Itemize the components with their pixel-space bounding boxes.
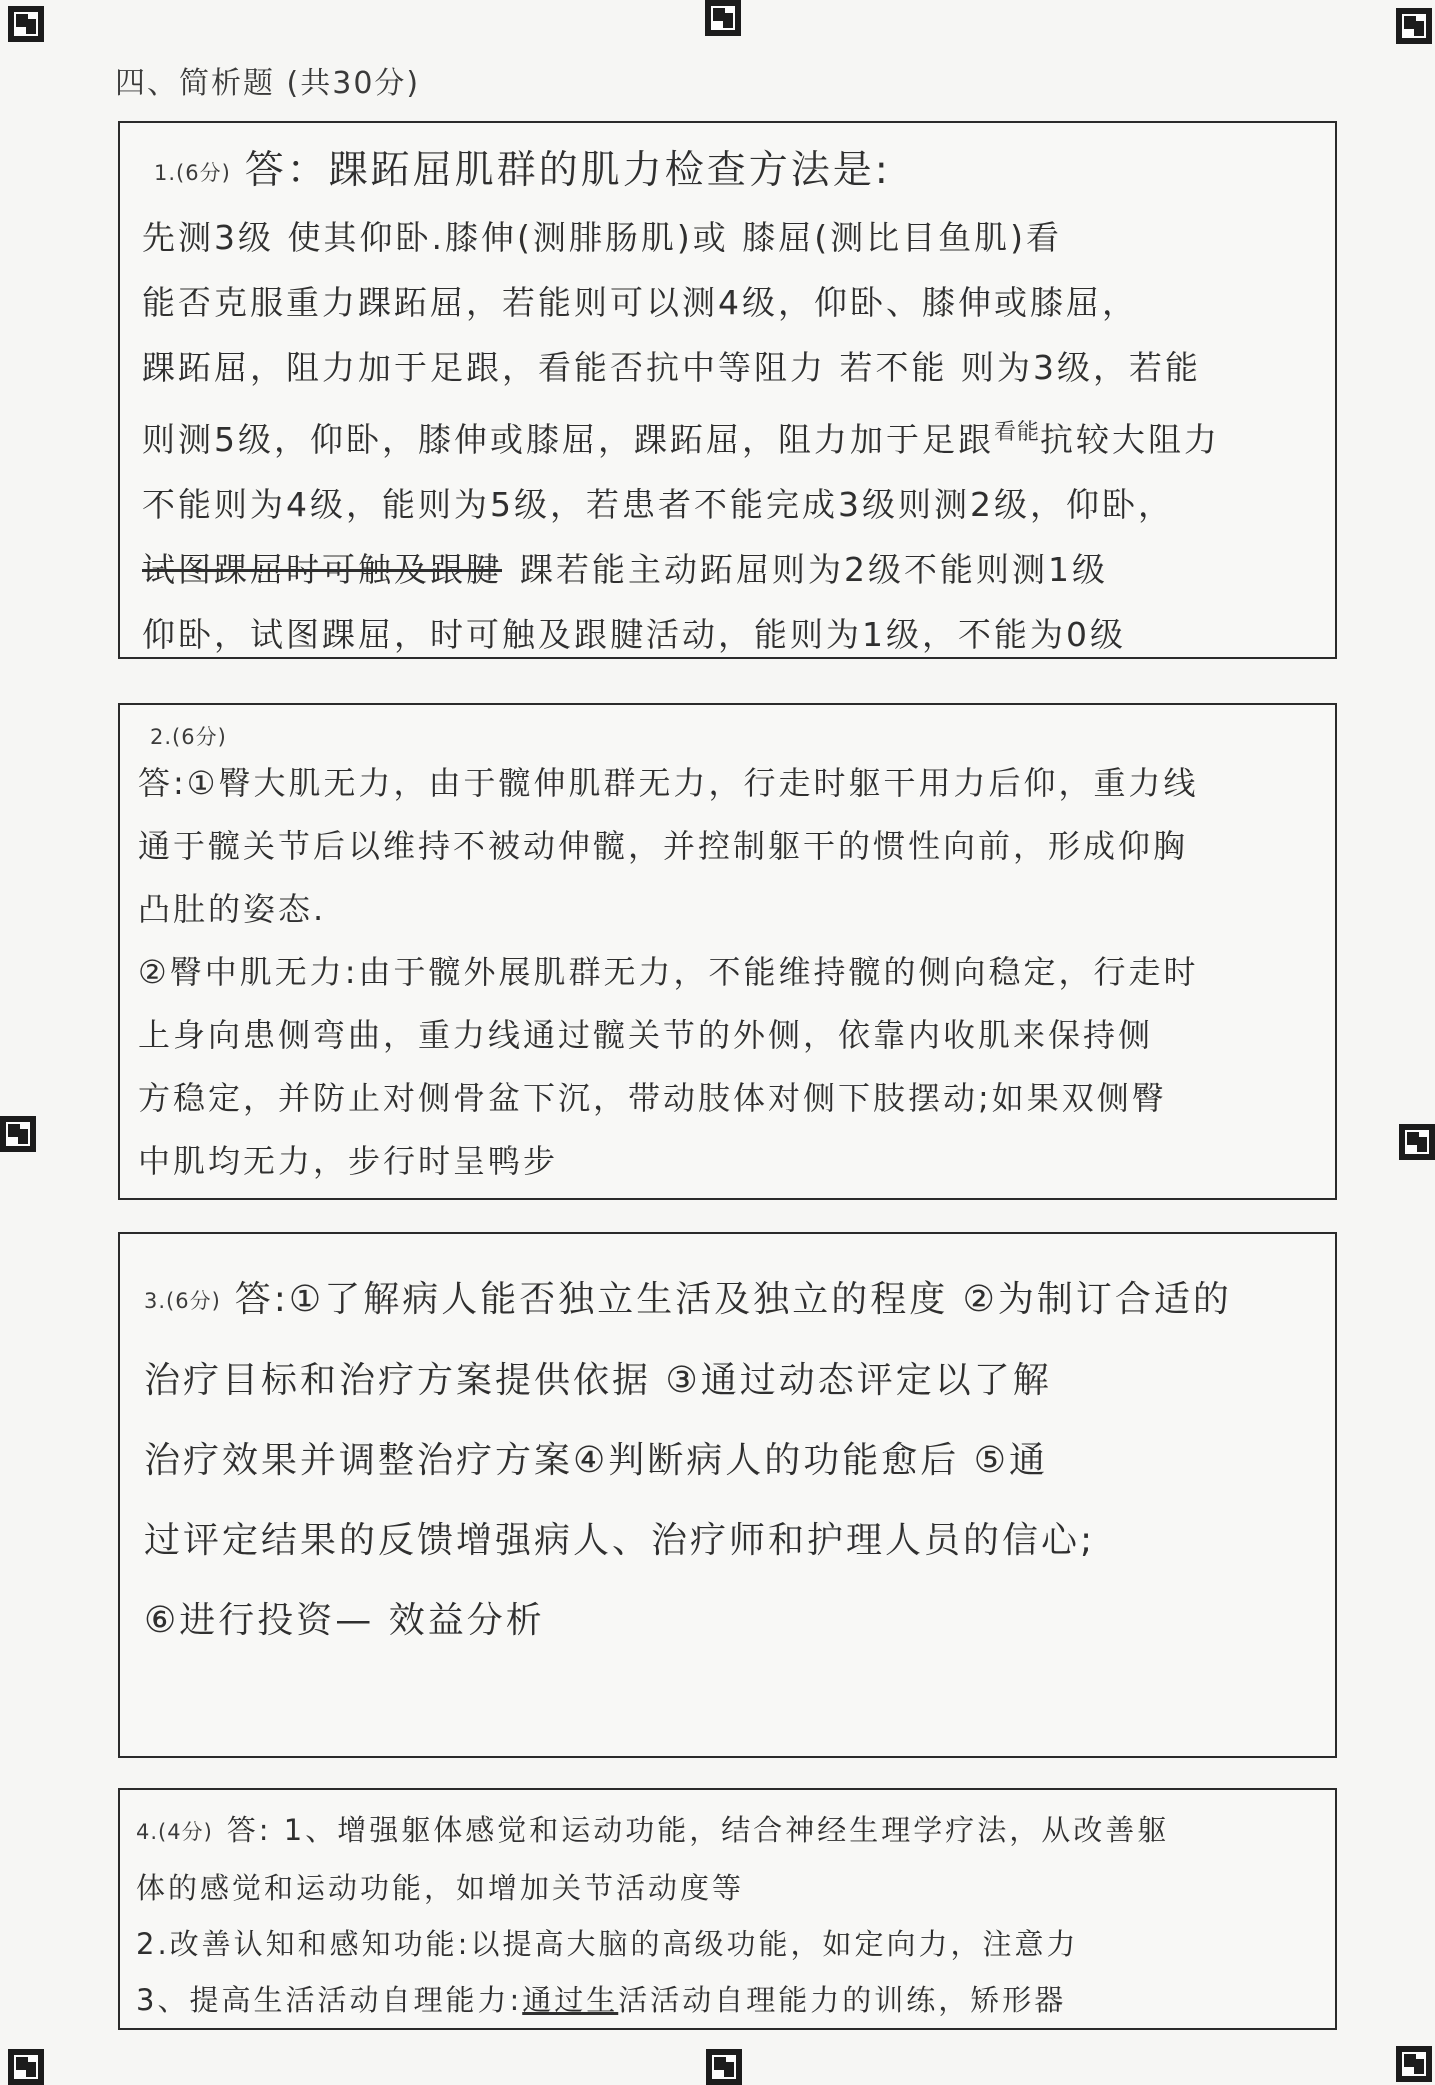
handwritten-line: 试图踝屈时可触及跟腱踝若能主动跖屈则为2级不能则测1级 bbox=[120, 537, 1335, 602]
fiducial-marker-top-left bbox=[8, 6, 44, 42]
handwritten-line: 体的感觉和运动功能，如增加关节活动度等 bbox=[120, 1860, 1335, 1916]
inserted-correction-text: 看能 bbox=[994, 420, 1040, 445]
answer-text: 答：踝跖屈肌群的肌力检查方法是: bbox=[245, 148, 891, 193]
question-label: 3.(6分) bbox=[144, 1289, 221, 1313]
handwritten-line: 答:①臀大肌无力，由于髋伸肌群无力，行走时躯干用力后仰，重力线 bbox=[120, 752, 1335, 815]
handwritten-line: 上身向患侧弯曲，重力线通过髋关节的外侧，依靠内收肌来保持侧 bbox=[120, 1004, 1335, 1067]
handwritten-line: 3.(6分)答:①了解病人能否独立生活及独立的程度 ②为制订合适的 bbox=[120, 1234, 1335, 1341]
handwritten-line: 踝跖屈，阻力加于足跟，看能否抗中等阻力 若不能 则为3级，若能 bbox=[120, 335, 1335, 400]
answer-text: 则测5级，仰卧，膝伸或膝屈，踝跖屈，阻力加于足跟 bbox=[142, 420, 994, 459]
question-label: 2.(6分) bbox=[150, 725, 227, 749]
handwritten-line: 凸肚的姿态. bbox=[120, 878, 1335, 941]
handwritten-line: 不能则为4级，能则为5级，若患者不能完成3级则测2级，仰卧， bbox=[120, 472, 1335, 537]
handwritten-line: 过评定结果的反馈增强病人、治疗师和护理人员的信心; bbox=[120, 1501, 1335, 1581]
answer-text: 答: 1、增强躯体感觉和运动功能，结合神经生理学疗法，从改善躯 bbox=[227, 1813, 1169, 1847]
fiducial-marker-bottom-left bbox=[8, 2049, 44, 2085]
handwritten-line: 3、提高生活活动自理能力:通过生活活动自理能力的训练，矫形器 bbox=[120, 1972, 1335, 2028]
answer-box-question-2: 2.(6分) 答:①臀大肌无力，由于髋伸肌群无力，行走时躯干用力后仰，重力线 通… bbox=[118, 703, 1337, 1200]
fiducial-marker-mid-left bbox=[0, 1116, 36, 1152]
handwritten-line: 仰卧，试图踝屈，时可触及跟腱活动，能则为1级，不能为0级 bbox=[120, 602, 1335, 667]
handwritten-line: 先测3级 使其仰卧.膝伸(测腓肠肌)或 膝屈(测比目鱼肌)看 bbox=[120, 205, 1335, 270]
answer-box-question-3: 3.(6分)答:①了解病人能否独立生活及独立的程度 ②为制订合适的 治疗目标和治… bbox=[118, 1232, 1337, 1758]
handwritten-line: ⑥进行投资— 效益分析 bbox=[120, 1581, 1335, 1661]
handwritten-line: 2.(6分) bbox=[120, 705, 1335, 752]
answer-box-question-1: 1.(6分)答：踝跖屈肌群的肌力检查方法是: 先测3级 使其仰卧.膝伸(测腓肠肌… bbox=[118, 121, 1337, 659]
handwritten-line: 通于髋关节后以维持不被动伸髋，并控制躯干的惯性向前，形成仰胸 bbox=[120, 815, 1335, 878]
handwritten-line: ②臀中肌无力:由于髋外展肌群无力，不能维持髋的侧向稳定，行走时 bbox=[120, 941, 1335, 1004]
handwritten-line: 方稳定，并防止对侧骨盆下沉，带动肢体对侧下肢摆动;如果双侧臀 bbox=[120, 1067, 1335, 1130]
handwritten-line: 2.改善认知和感知功能:以提高大脑的高级功能，如定向力，注意力 bbox=[120, 1916, 1335, 1972]
fiducial-marker-bottom-right bbox=[1396, 2046, 1432, 2082]
answer-text: 抗较大阻力 bbox=[1040, 420, 1220, 459]
answer-box-question-4: 4.(4分)答: 1、增强躯体感觉和运动功能，结合神经生理学疗法，从改善躯 体的… bbox=[118, 1788, 1337, 2030]
answer-text: 活活动自理能力的训练，矫形器 bbox=[618, 1983, 1066, 2017]
section-header: 四、简析题 (共30分) bbox=[115, 58, 420, 102]
question-label: 1.(6分) bbox=[154, 161, 231, 185]
question-label: 4.(4分) bbox=[136, 1820, 213, 1844]
fiducial-marker-top-right bbox=[1396, 8, 1432, 44]
fiducial-marker-top-center bbox=[705, 0, 741, 36]
handwritten-line: 能否克服重力踝跖屈，若能则可以测4级，仰卧、膝伸或膝屈， bbox=[120, 270, 1335, 335]
handwritten-line: 治疗目标和治疗方案提供依据 ③通过动态评定以了解 bbox=[120, 1341, 1335, 1421]
scanned-exam-page: 四、简析题 (共30分) 1.(6分)答：踝跖屈肌群的肌力检查方法是: 先测3级… bbox=[0, 0, 1435, 2085]
answer-text: 3、提高生活活动自理能力: bbox=[136, 1983, 522, 2017]
answer-text: 答:①了解病人能否独立生活及独立的程度 ②为制订合适的 bbox=[235, 1279, 1232, 1320]
handwritten-line: 治疗效果并调整治疗方案④判断病人的功能愈后 ⑤通 bbox=[120, 1421, 1335, 1501]
answer-text: 踝若能主动跖屈则为2级不能则测1级 bbox=[520, 550, 1108, 589]
underlined-text: 通过生 bbox=[522, 1983, 618, 2017]
handwritten-line: 1.(6分)答：踝跖屈肌群的肌力检查方法是: bbox=[120, 123, 1335, 205]
fiducial-marker-bottom-center bbox=[706, 2049, 742, 2085]
handwritten-line: 则测5级，仰卧，膝伸或膝屈，踝跖屈，阻力加于足跟看能抗较大阻力 bbox=[120, 400, 1335, 472]
handwritten-line: 中肌均无力，步行时呈鸭步 bbox=[120, 1130, 1335, 1193]
struck-through-text: 试图踝屈时可触及跟腱 bbox=[142, 550, 502, 589]
fiducial-marker-mid-right bbox=[1399, 1124, 1435, 1160]
handwritten-line: 4.(4分)答: 1、增强躯体感觉和运动功能，结合神经生理学疗法，从改善躯 bbox=[120, 1790, 1335, 1860]
